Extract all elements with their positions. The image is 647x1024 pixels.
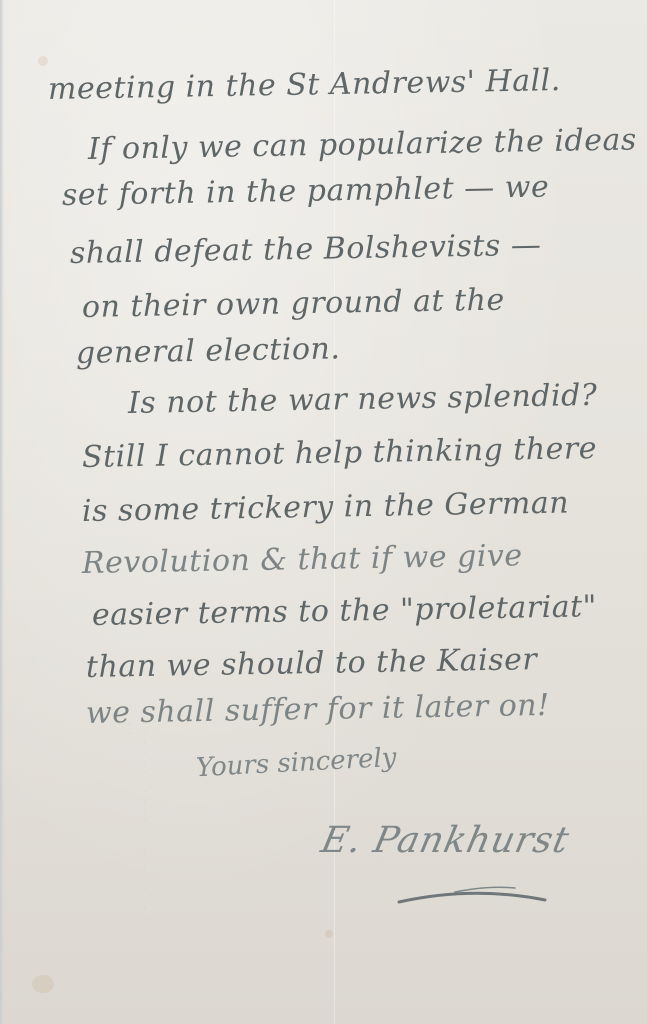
signature: E. Pankhurst: [318, 820, 573, 861]
embossed-address-stamp: · · · · · · · · · · · · · · · · · · · · …: [100, 722, 150, 932]
emboss-line-1: · · · · · · · · · · · ·: [138, 722, 148, 834]
letter-line-8: Still I cannot help thinking there: [82, 431, 598, 475]
letter-line-6: general election.: [76, 331, 341, 371]
letter-line-1: meeting in the St Andrews' Hall.: [48, 63, 561, 107]
letter-line-7: Is not the war news splendid?: [128, 378, 598, 421]
foxing-spot: [325, 930, 333, 938]
foxing-spot: [32, 975, 54, 993]
letter-line-11: easier terms to the "proletariat": [92, 589, 598, 633]
signature-underline-flourish: [395, 880, 555, 910]
paper-edge: [0, 0, 4, 1024]
letter-line-4: shall defeat the Bolshevists —: [70, 228, 542, 271]
letter-line-13: we shall suffer for it later on!: [86, 688, 550, 731]
letter-line-9: is some trickery in the German: [82, 486, 570, 529]
letter-line-2: If only we can popularize the ideas: [88, 122, 637, 167]
letter-line-5: on their own ground at the: [82, 283, 505, 325]
letter-sheet: · · · · · · · · · · · · · · · · · · · · …: [0, 0, 647, 1024]
foxing-spot: [38, 56, 48, 66]
letter-closing: Yours sincerely: [195, 743, 397, 783]
letter-line-3: set forth in the pamphlet — we: [62, 169, 550, 212]
letter-line-10: Revolution & that if we give: [82, 538, 523, 581]
letter-line-12: than we should to the Kaiser: [86, 642, 538, 685]
